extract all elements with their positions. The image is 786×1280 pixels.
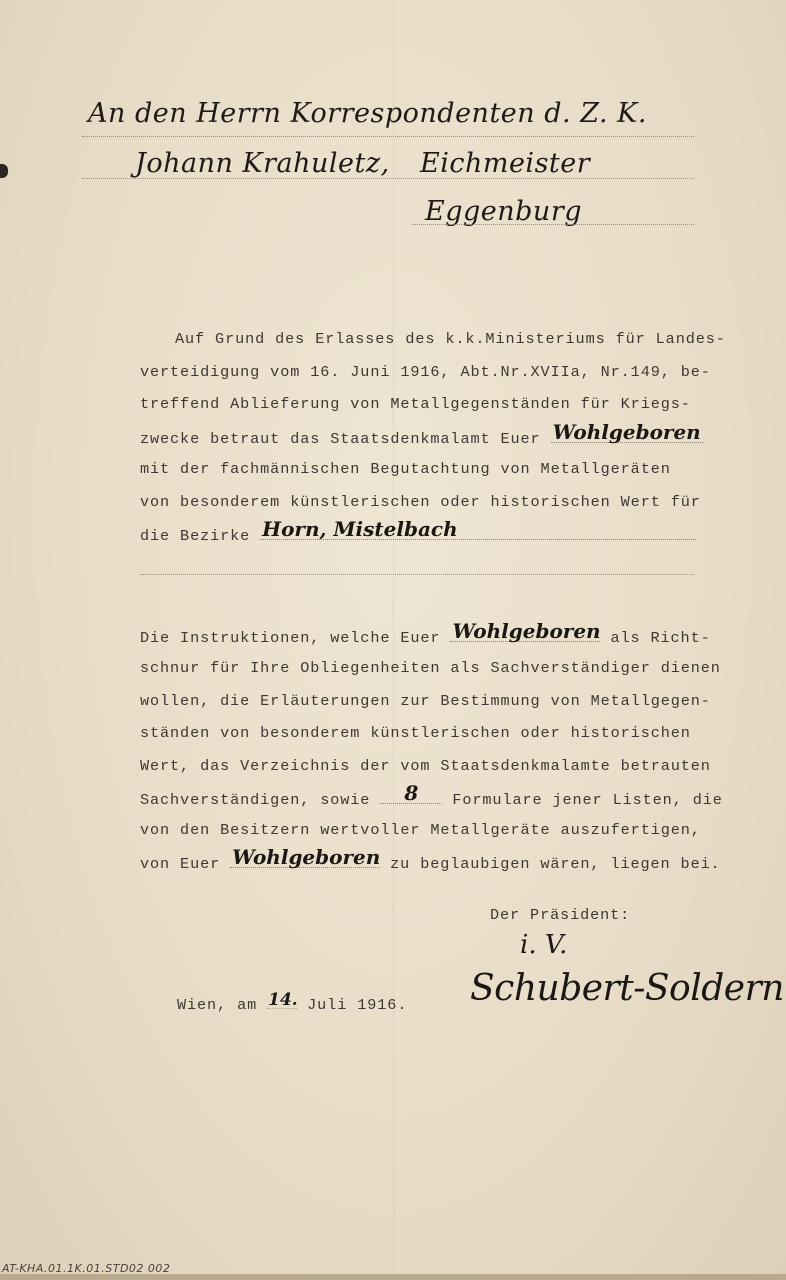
para2-line-1-b: als Richt- (610, 629, 710, 647)
para2-line-3: wollen, die Erläuterungen zur Bestimmung… (140, 692, 700, 710)
para1-line-5: mit der fachmännischen Begutachtung von … (140, 460, 700, 478)
forms-count-handwriting: 8 (404, 781, 418, 805)
districts-label: die Bezirke (140, 527, 250, 545)
honorific-fill-3: Wohlgeboren (230, 853, 380, 868)
address-dotline-2 (82, 178, 694, 179)
para2-line-5: Wert, das Verzeichnis der vom Staatsdenk… (140, 757, 700, 775)
para2-line-8: von Euer Wohlgeboren zu beglaubigen wäre… (140, 853, 700, 873)
address-dotline-1 (82, 136, 694, 137)
president-signature: Schubert-Soldern (470, 968, 784, 1009)
para2-line-1: Die Instruktionen, welche Euer Wohlgebor… (140, 627, 700, 647)
districts-dotline-2 (140, 574, 694, 575)
page-bottom-edge (0, 1274, 786, 1280)
para2-line-2: schnur für Ihre Obliegenheiten als Sachv… (140, 659, 700, 677)
address-dotline-3 (412, 224, 694, 225)
para1-line-3: treffend Ablieferung von Metallgegenstän… (140, 395, 700, 413)
day-fill: 14. (267, 994, 297, 1009)
forms-count-fill: 8 (380, 789, 442, 804)
para2-line-8-b: zu beglaubigen wären, liegen bei. (390, 855, 720, 873)
para2-line-6: Sachverständigen, sowie 8 Formulare jene… (140, 789, 700, 809)
para2-line-7: von den Besitzern wertvoller Metallgerät… (140, 821, 700, 839)
address-line-1: An den Herrn Korrespondenten d. Z. K. (88, 98, 647, 129)
honorific-handwriting-2: Wohlgeboren (452, 619, 600, 643)
para2-line-8-a: von Euer (140, 855, 220, 873)
para1-line-7: die Bezirke Horn, Mistelbach (140, 525, 700, 545)
para2-line-1-a: Die Instruktionen, welche Euer (140, 629, 440, 647)
address-name: Johann Krahuletz, (135, 148, 390, 179)
honorific-handwriting: Wohlgeboren (553, 420, 701, 444)
place-date-a: Wien, am (177, 996, 257, 1014)
president-title: Der Präsident: (490, 906, 630, 924)
para1-line-2: verteidigung vom 16. Juni 1916, Abt.Nr.X… (140, 363, 700, 381)
para1-line-4: zwecke betraut das Staatsdenkmalamt Euer… (140, 428, 700, 448)
para1-line-6: von besonderem künstlerischen oder histo… (140, 493, 700, 511)
districts-fill: Horn, Mistelbach (260, 525, 696, 540)
address-city: Eggenburg (425, 196, 582, 227)
honorific-handwriting-3: Wohlgeboren (232, 845, 380, 869)
honorific-fill-2: Wohlgeboren (450, 627, 600, 642)
para1-line-1: Auf Grund des Erlasses des k.k.Ministeri… (175, 330, 735, 348)
place-date-b: Juli 1916. (307, 996, 407, 1014)
address-title: Eichmeister (420, 148, 590, 179)
para1-line-4-text: zwecke betraut das Staatsdenkmalamt Euer (140, 430, 541, 448)
punch-hole-mark (0, 164, 8, 178)
honorific-fill-1: Wohlgeboren (551, 428, 703, 443)
day-handwriting: 14. (268, 990, 298, 1010)
para2-line-4: ständen von besonderem künstlerischen od… (140, 724, 700, 742)
districts-handwriting: Horn, Mistelbach (262, 517, 457, 541)
place-date: Wien, am 14. Juli 1916. (177, 994, 407, 1014)
para2-line-6-a: Sachverständigen, sowie (140, 791, 370, 809)
iv-handwriting: i. V. (520, 930, 567, 960)
para2-line-6-b: Formulare jener Listen, die (452, 791, 722, 809)
